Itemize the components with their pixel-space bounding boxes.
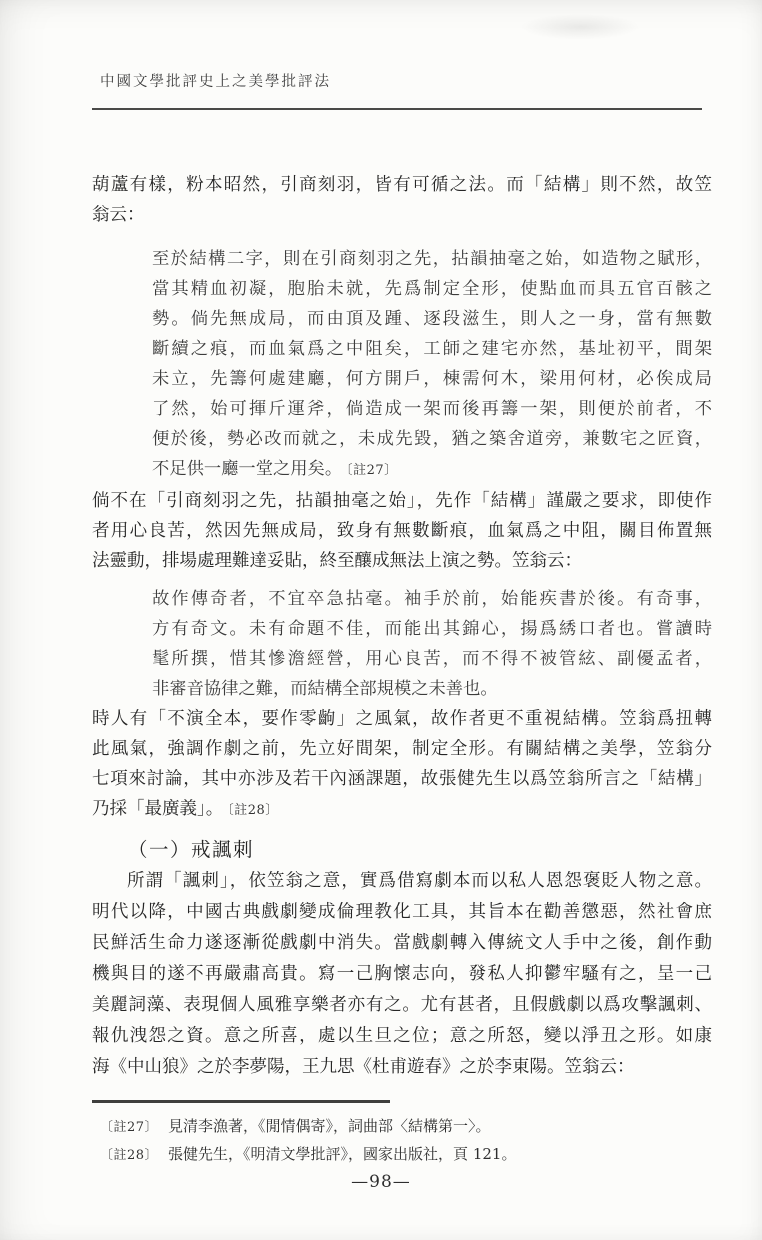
text-line: 至於結構二字，則在引商刻羽之先，拈韻抽毫之始，如造物之賦形， (152, 244, 712, 274)
text-line: 機與目的遂不再嚴肅高貴。寫一己胸懷志向，發私人抑鬱牢騷有之，呈一己 (92, 959, 712, 990)
page-number: —98— (0, 1172, 762, 1192)
text-line: 所謂「諷刺」，依笠翁之意，實爲借寫劇本而以私人恩怨褒貶人物之意。 (92, 866, 712, 897)
footnotes: 〔註27〕見清李漁著，《閒情偶寄》，詞曲部〈結構第一〉。 〔註28〕張健先生，《… (100, 1112, 700, 1168)
paragraph: 所謂「諷刺」，依笠翁之意，實爲借寫劇本而以私人恩怨褒貶人物之意。 明代以降，中國… (92, 866, 712, 1083)
running-head: 中國文學批評史上之美學批評法 (100, 70, 331, 91)
text-line: 時人有「不演全本，要作零齣」之風氣，故作者更不重視結構。笠翁爲扭轉 (92, 704, 712, 734)
footnote-label: 〔註28〕 (100, 1148, 158, 1163)
block-quote: 故作傳奇者，不宜卒急拈毫。袖手於前，始能疾書於後。有奇事， 方有奇文。未有命題不… (152, 584, 712, 704)
text-line: 勢。倘先無成局，而由頂及踵、逐段滋生，則人之一身，當有無數 (152, 304, 712, 334)
header-rule (92, 108, 702, 110)
text-line: 乃採「最廣義」。〔註28〕 (92, 794, 712, 824)
footnote-text: 見清李漁著，《閒情偶寄》，詞曲部〈結構第一〉。 (168, 1117, 491, 1135)
footnote-marker-27: 〔註27〕 (346, 463, 398, 478)
text-line: 方有奇文。未有命題不佳，而能出其錦心，揚爲綉口者也。嘗讀時 (152, 614, 712, 644)
footnote-label: 〔註27〕 (100, 1120, 158, 1135)
text-line: 美麗詞藻、表現個人風雅享樂者亦有之。尤有甚者，且假戲劇以爲攻擊諷刺、 (92, 990, 712, 1021)
footnote-27: 〔註27〕見清李漁著，《閒情偶寄》，詞曲部〈結構第一〉。 (100, 1112, 700, 1140)
text-line: 便於後，勢必改而就之，未成先毀，猶之築舍道旁，兼數宅之匠資， (152, 424, 712, 454)
scan-smudge (520, 14, 640, 40)
text-line: 者用心良苦，然因先無成局，致身有無數斷痕，血氣爲之中阻，關目佈置無 (92, 516, 712, 546)
text-line: 斷續之痕，而血氣爲之中阻矣，工師之建宅亦然，基址初平，間架 (152, 334, 712, 364)
text-line: 海《中山狼》之於李夢陽，王九思《杜甫遊春》之於李東陽。笠翁云： (92, 1052, 712, 1083)
page-body: 葫蘆有樣，粉本昭然，引商刻羽，皆有可循之法。而「結構」則不然，故笠 翁云： 至於… (92, 170, 712, 1083)
paragraph: 葫蘆有樣，粉本昭然，引商刻羽，皆有可循之法。而「結構」則不然，故笠 翁云： (92, 170, 712, 230)
text-line: 了然，始可揮斤運斧，倘造成一架而後再籌一架，則便於前者，不 (152, 394, 712, 424)
text-line: 七項來討論，其中亦涉及若干內涵課題，故張健先生以爲笠翁所言之「結構」 (92, 764, 712, 794)
scanned-book-page: 中國文學批評史上之美學批評法 葫蘆有樣，粉本昭然，引商刻羽，皆有可循之法。而「結… (0, 0, 762, 1240)
section-heading: （一）戒諷刺 (128, 834, 712, 866)
footnote-marker-28: 〔註28〕 (227, 803, 279, 818)
text-line: 不足供一廳一堂之用矣。〔註27〕 (152, 454, 712, 484)
text-line: 報仇洩怨之資。意之所喜，處以生旦之位；意之所怒，變以淨丑之形。如康 (92, 1021, 712, 1052)
paragraph: 倘不在「引商刻羽之先，拈韻抽毫之始」，先作「結構」謹嚴之要求，即使作 者用心良苦… (92, 486, 712, 576)
text-line: 葫蘆有樣，粉本昭然，引商刻羽，皆有可循之法。而「結構」則不然，故笠 (92, 170, 712, 200)
text-line: 此風氣，強調作劇之前，先立好間架，制定全形。有關結構之美學，笠翁分 (92, 734, 712, 764)
footnote-text: 張健先生，《明清文學批評》，國家出版社，頁 121。 (168, 1145, 516, 1163)
text-line: 明代以降，中國古典戲劇變成倫理教化工具，其旨本在勸善懲惡，然社會庶 (92, 897, 712, 928)
text-line: 法靈動，排場處理難達妥貼，終至釀成無法上演之勢。笠翁云： (92, 546, 712, 576)
footnote-divider (92, 1100, 390, 1103)
text-line: 民鮮活生命力遂逐漸從戲劇中消失。當戲劇轉入傳統文人手中之後，創作動 (92, 928, 712, 959)
block-quote: 至於結構二字，則在引商刻羽之先，拈韻抽毫之始，如造物之賦形， 當其精血初凝，胞胎… (152, 244, 712, 484)
text-line: 未立，先籌何處建廳，何方開戶，棟需何木，梁用何材，必俟成局 (152, 364, 712, 394)
text-line: 倘不在「引商刻羽之先，拈韻抽毫之始」，先作「結構」謹嚴之要求，即使作 (92, 486, 712, 516)
text-line: 非審音協律之難，而結構全部規模之未善也。 (152, 674, 712, 704)
quote-last-text: 不足供一廳一堂之用矣。 (152, 459, 342, 479)
text-line: 故作傳奇者，不宜卒急拈毫。袖手於前，始能疾書於後。有奇事， (152, 584, 712, 614)
text-line: 翁云： (92, 200, 712, 230)
footnote-28: 〔註28〕張健先生，《明清文學批評》，國家出版社，頁 121。 (100, 1140, 700, 1168)
paragraph: 時人有「不演全本，要作零齣」之風氣，故作者更不重視結構。笠翁爲扭轉 此風氣，強調… (92, 704, 712, 824)
text-line: 髦所撰，惜其慘澹經營，用心良苦，而不得不被管絃、副優孟者， (152, 644, 712, 674)
para-last-text: 乃採「最廣義」。 (92, 799, 223, 819)
text-line: 當其精血初凝，胞胎未就，先爲制定全形，使點血而具五官百骸之 (152, 274, 712, 304)
